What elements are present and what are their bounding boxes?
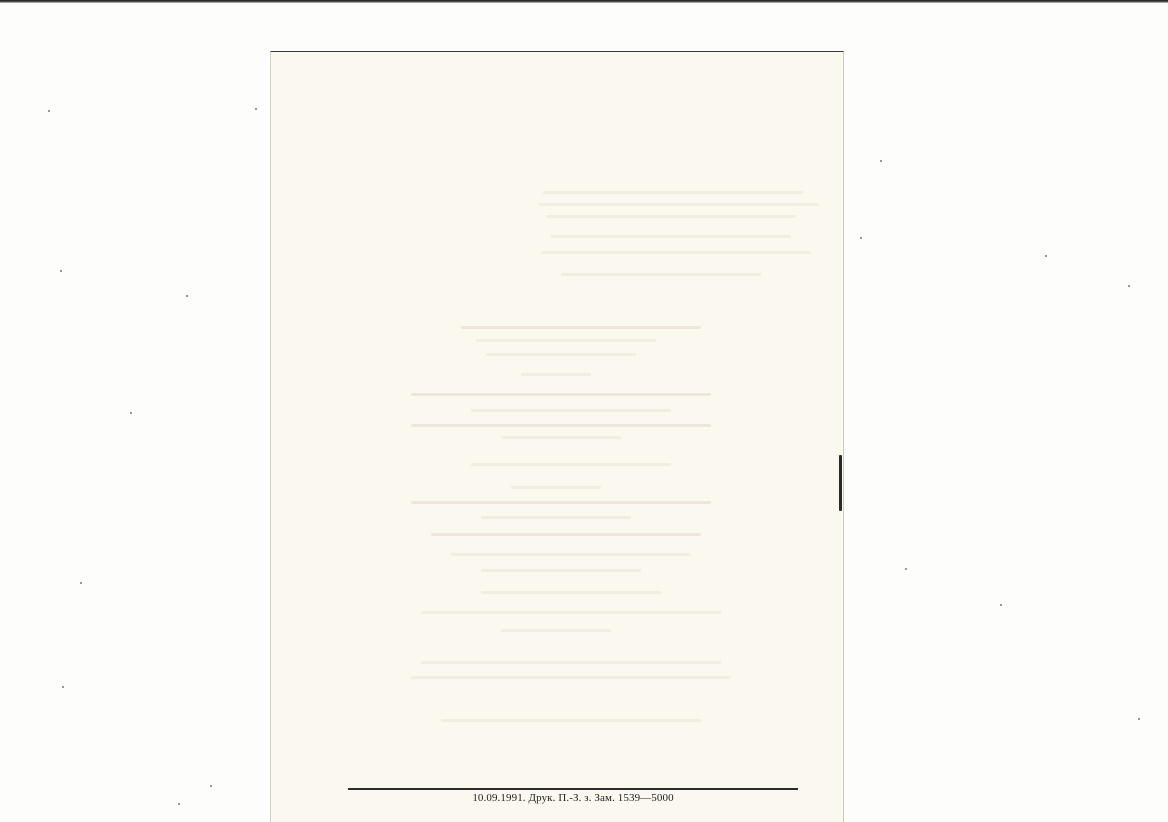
dust-speck xyxy=(186,295,188,297)
dust-speck xyxy=(60,270,62,272)
dust-speck xyxy=(880,160,882,162)
book-page xyxy=(270,51,844,822)
dust-speck xyxy=(255,108,257,110)
dust-speck xyxy=(210,785,212,787)
dust-speck xyxy=(905,568,907,570)
scanner-top-edge xyxy=(0,0,1168,3)
dust-speck xyxy=(1000,604,1002,606)
imprint-line: 10.09.1991. Друк. П.-З. з. Зам. 1539—500… xyxy=(348,792,798,804)
staple-binding xyxy=(839,455,842,511)
dust-speck xyxy=(1045,255,1047,257)
dust-speck xyxy=(130,412,132,414)
dust-speck xyxy=(1128,285,1130,287)
dust-speck xyxy=(62,686,64,688)
imprint-rule xyxy=(348,788,798,790)
dust-speck xyxy=(1138,718,1140,720)
dust-speck xyxy=(178,803,180,805)
show-through-text xyxy=(271,52,843,822)
dust-speck xyxy=(860,237,862,239)
dust-speck xyxy=(48,110,50,112)
dust-speck xyxy=(80,582,82,584)
